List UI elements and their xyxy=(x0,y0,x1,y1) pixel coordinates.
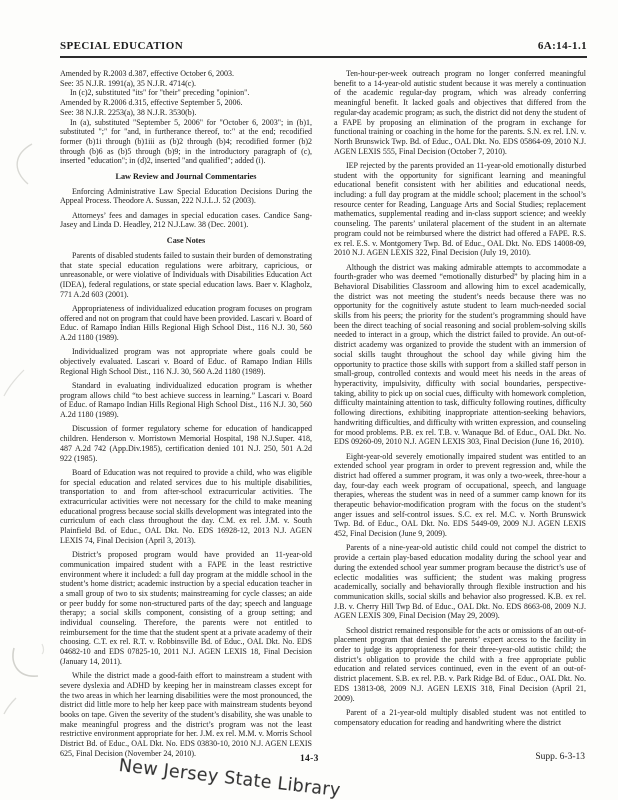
case-note: Parent of a 21-year-old multiply disable… xyxy=(334,708,586,727)
law-review-heading: Law Review and Journal Commentaries xyxy=(60,172,312,182)
case-note: Individualized program was not appropria… xyxy=(60,347,312,376)
history-line: Amended by R.2003 d.387, effective Octob… xyxy=(60,69,312,79)
scan-mark xyxy=(4,140,40,188)
law-review-note: Enforcing Administrative Law Special Edu… xyxy=(60,187,312,206)
page-footer: New Jersey State Library 14-3 Supp. 6-3-… xyxy=(0,748,618,800)
right-column: Ten-hour-per-week outreach program no lo… xyxy=(334,69,586,758)
case-note: Appropriateness of individualized educat… xyxy=(60,304,312,343)
case-note: Although the district was making admirab… xyxy=(334,263,586,447)
history-line: In (c)2, substituted "its" for "their" p… xyxy=(60,88,312,98)
left-column: Amended by R.2003 d.387, effective Octob… xyxy=(60,69,312,758)
section-citation: 6A:14-1.1 xyxy=(538,40,587,52)
case-note: Board of Education was not required to p… xyxy=(60,468,312,546)
running-header: SPECIAL EDUCATION 6A:14-1.1 xyxy=(60,40,587,52)
case-note: School district remained responsible for… xyxy=(334,626,586,704)
amendment-history: Amended by R.2003 d.387, effective Octob… xyxy=(60,69,312,166)
scanned-document-page: SPECIAL EDUCATION 6A:14-1.1 Amended by R… xyxy=(0,0,618,800)
history-line: See: 38 N.J.R. 2253(a), 38 N.J.R. 3530(b… xyxy=(60,108,312,118)
history-line: Amended by R.2006 d.315, effective Septe… xyxy=(60,98,312,108)
case-notes-heading: Case Notes xyxy=(60,236,312,246)
scan-mark xyxy=(2,696,20,716)
header-rule xyxy=(60,56,587,58)
case-note: Ten-hour-per-week outreach program no lo… xyxy=(334,69,586,156)
library-stamp: New Jersey State Library xyxy=(118,756,309,797)
case-note: Parents of a nine-year-old autistic chil… xyxy=(334,543,586,621)
case-note: Standard in evaluating individualized ed… xyxy=(60,381,312,420)
case-note: Eight-year-old severely emotionally impa… xyxy=(334,452,586,539)
page-title: SPECIAL EDUCATION xyxy=(60,40,183,52)
supplement-label: Supp. 6-3-13 xyxy=(535,752,585,762)
case-note: IEP rejected by the parents provided an … xyxy=(334,161,586,258)
case-note: While the district made a good-faith eff… xyxy=(60,671,312,758)
scan-mark xyxy=(2,368,28,398)
case-note: Parents of disabled students failed to s… xyxy=(60,251,312,300)
scan-mark xyxy=(8,642,48,686)
law-review-note: Attorneys’ fees and damages in special e… xyxy=(60,211,312,230)
case-note: District’s proposed program would have p… xyxy=(60,550,312,666)
history-line: In (a), substituted "September 5, 2006" … xyxy=(60,118,312,167)
two-column-body: Amended by R.2003 d.387, effective Octob… xyxy=(60,69,587,758)
page-content: SPECIAL EDUCATION 6A:14-1.1 Amended by R… xyxy=(60,40,587,758)
history-line: See: 35 N.J.R. 1991(a), 35 N.J.R. 4714(c… xyxy=(60,79,312,89)
case-note: Discussion of former regulatory scheme f… xyxy=(60,424,312,463)
page-number: 14-3 xyxy=(300,754,319,764)
